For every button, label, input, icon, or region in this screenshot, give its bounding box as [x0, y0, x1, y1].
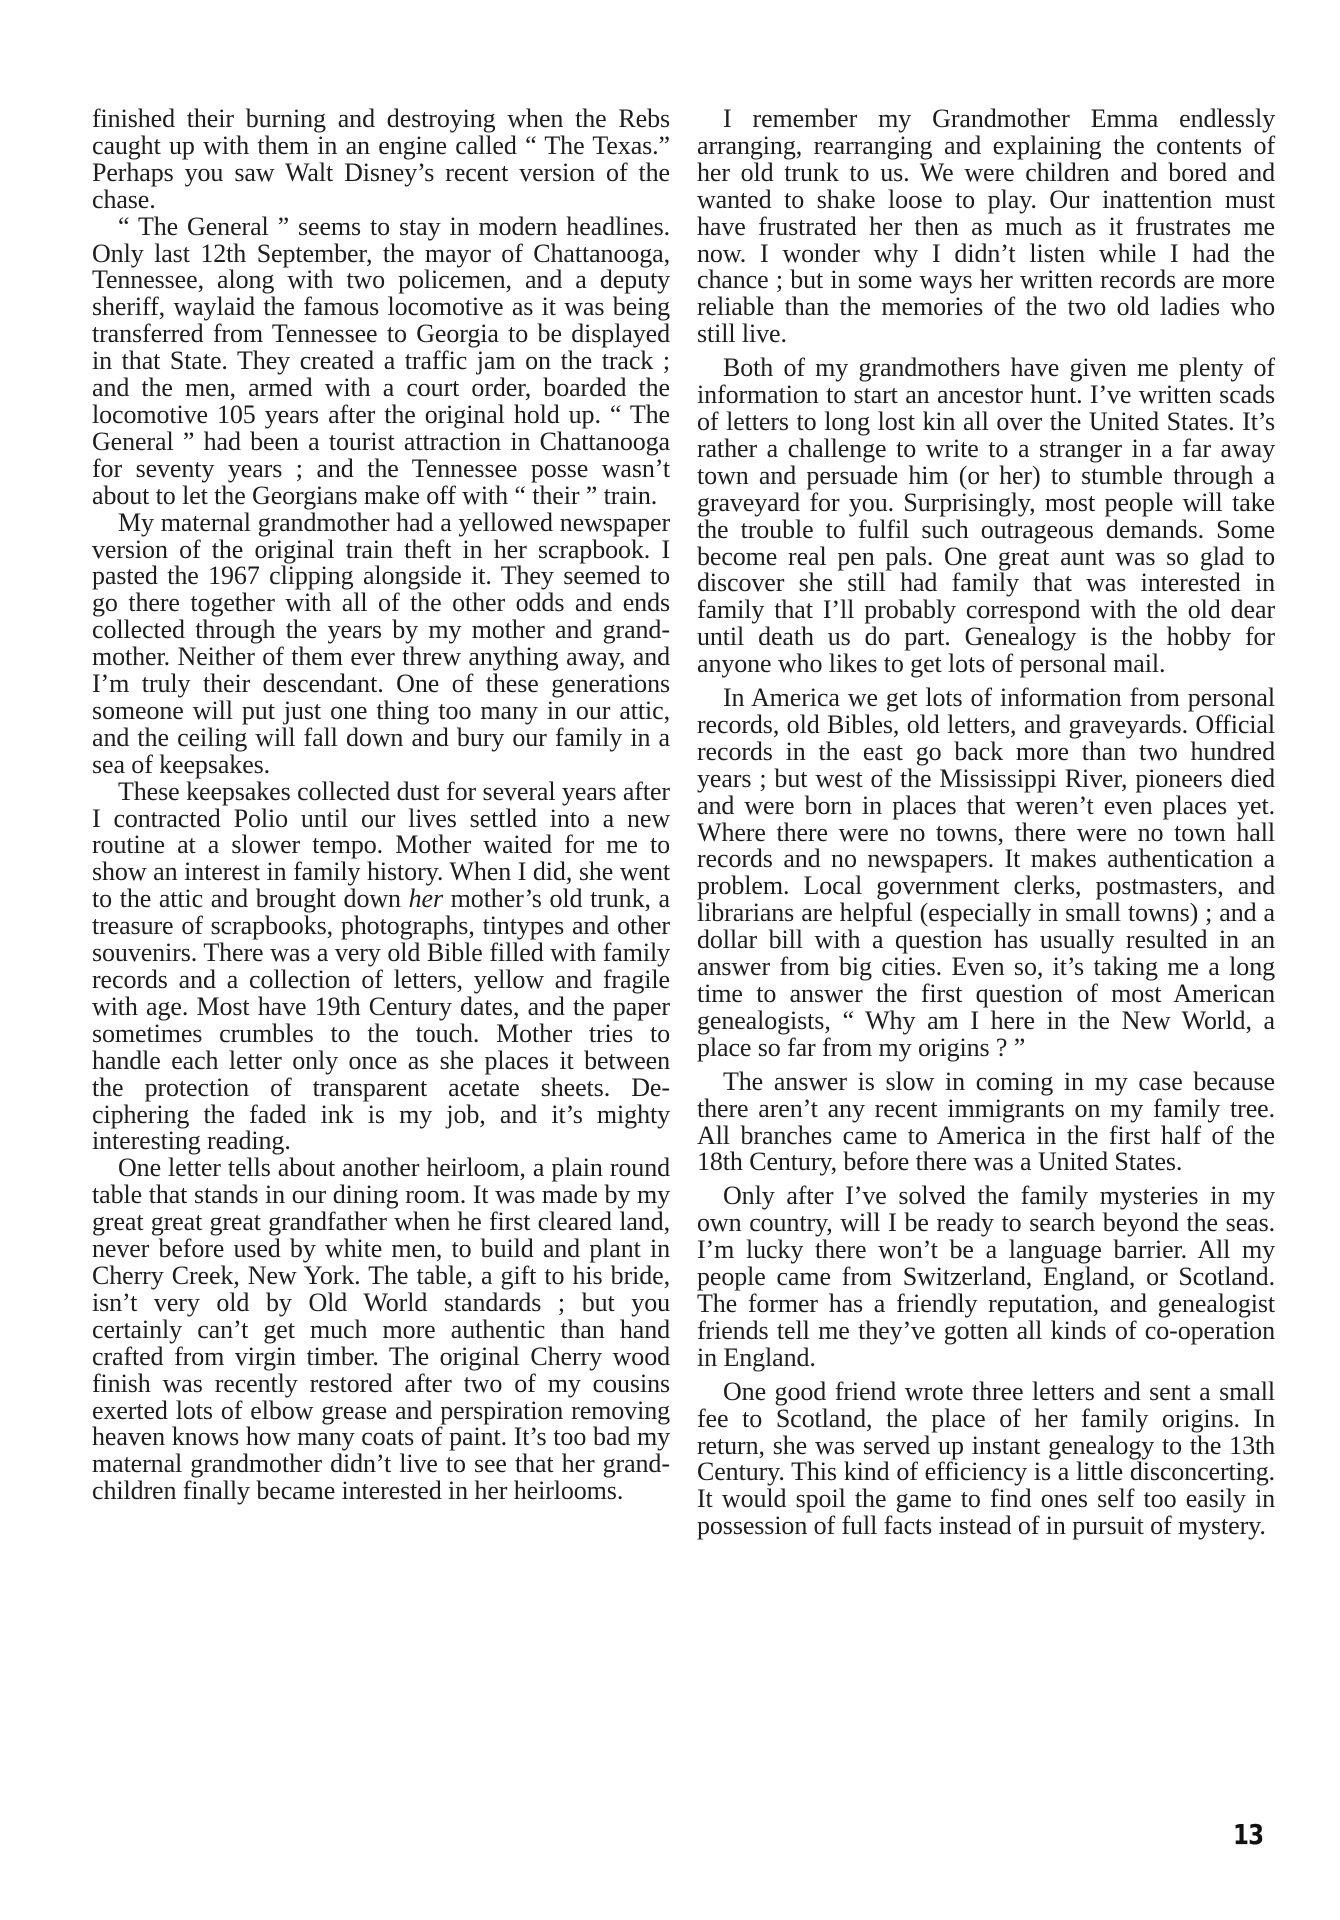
right-text-column: I remember my Grandmother Emma end­lessl…	[697, 106, 1275, 1540]
paragraph: Only after I’ve solved the family myster…	[697, 1183, 1275, 1371]
paragraph: I remember my Grandmother Emma end­lessl…	[697, 106, 1275, 348]
document-page: finished their burning and destroying wh…	[0, 0, 1340, 1920]
paragraph: “ The General ” seems to stay in modern …	[92, 214, 670, 510]
paragraph: These keepsakes collected dust for sever…	[92, 779, 670, 1156]
paragraph: finished their burning and destroying wh…	[92, 106, 670, 214]
paragraph: Both of my grandmothers have given me pl…	[697, 355, 1275, 678]
left-text-column: finished their burning and destroying wh…	[92, 106, 670, 1505]
paragraph: One good friend wrote three letters and …	[697, 1379, 1275, 1540]
paragraph: The answer is slow in coming in my case …	[697, 1069, 1275, 1177]
emphasized-word: her	[409, 884, 443, 913]
paragraph: My maternal grandmother had a yellowed n…	[92, 510, 670, 779]
paragraph: One letter tells about another heirloom,…	[92, 1155, 670, 1505]
page-number: 13	[1233, 1818, 1263, 1851]
paragraph: In America we get lots of information fr…	[697, 685, 1275, 1062]
paragraph-text: mother’s old trunk, a treasure of scrapb…	[92, 884, 670, 1155]
